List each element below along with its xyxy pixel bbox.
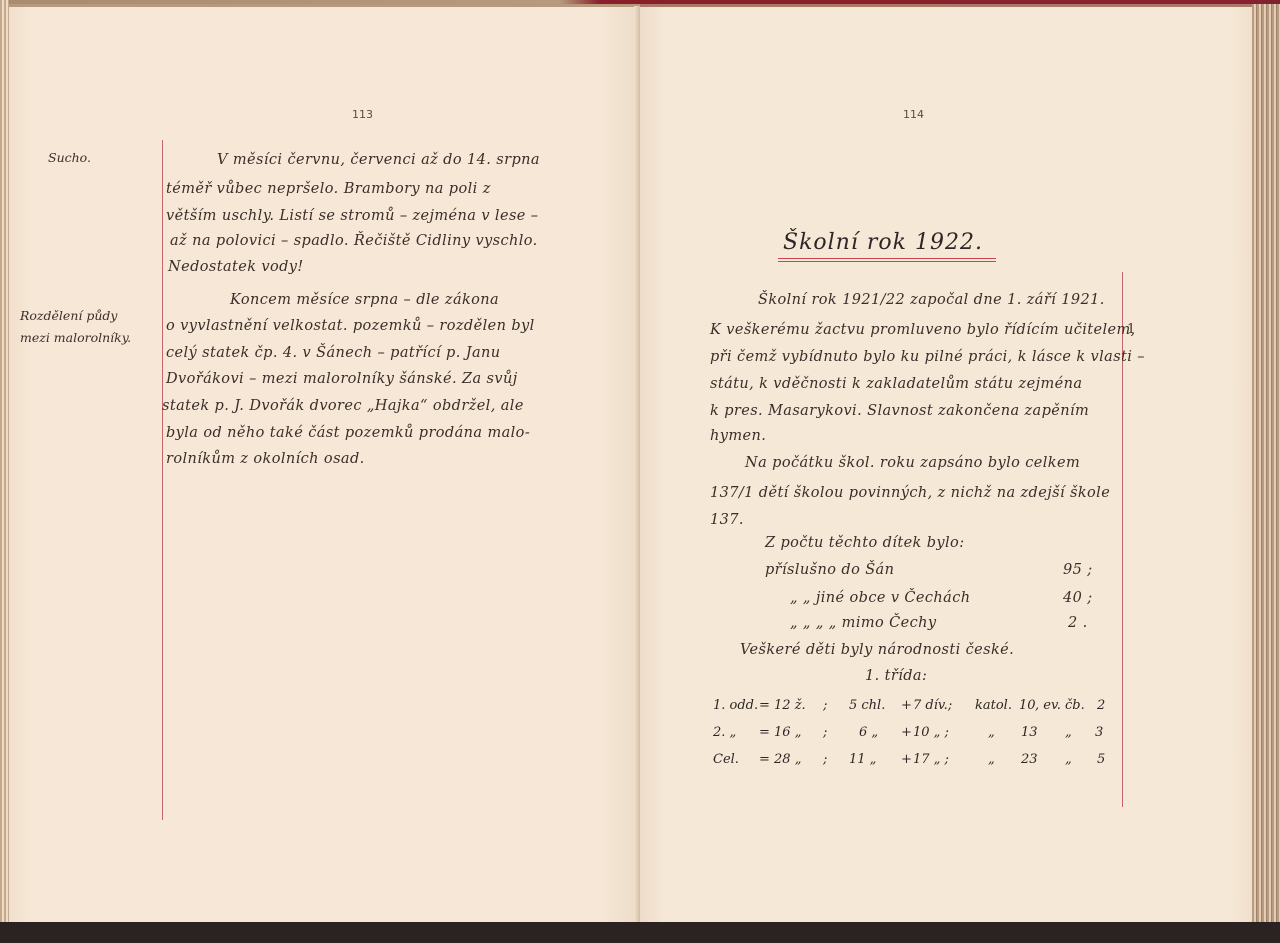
origin-label: „ „ „ „ mimo Čechy bbox=[790, 615, 937, 631]
origin-value: 2 . bbox=[1068, 615, 1088, 631]
catholic: 10 bbox=[1019, 698, 1036, 713]
text-line: K veškerému žactvu promluveno bylo řídíc… bbox=[710, 322, 1136, 338]
girls: 7 dív.; bbox=[913, 698, 952, 713]
text-line: Školní rok 1921/22 započal dne 1. září 1… bbox=[758, 292, 1105, 308]
table-row: 1. odd. = 12 ž. ; 5 chl. + 7 dív.; katol… bbox=[713, 698, 1113, 718]
text-line: Na počátku škol. roku zapsáno bylo celke… bbox=[745, 455, 1080, 471]
catholic: 23 bbox=[1021, 752, 1038, 767]
boys: 11 „ bbox=[849, 752, 876, 767]
heading-underline bbox=[778, 258, 996, 259]
text-line: státu, k vděčnosti k zakladatelům státu … bbox=[710, 376, 1082, 392]
right-page-number: 114 bbox=[903, 108, 924, 121]
division: Cel. bbox=[713, 752, 739, 767]
separator: ; bbox=[823, 698, 827, 713]
separator: ; bbox=[823, 752, 827, 767]
text-line: 137/1 dětí školou povinných, z nichž na … bbox=[710, 485, 1110, 501]
origin-value: 95 ; bbox=[1063, 562, 1093, 578]
text-line: 137. bbox=[710, 512, 744, 528]
margin-note-land-division-1: Rozdělení půdy bbox=[20, 308, 117, 323]
religion-label: „ bbox=[988, 725, 995, 740]
origin-value: 40 ; bbox=[1063, 590, 1093, 606]
text-line: větším uschly. Listí se stromů – zejména… bbox=[166, 208, 538, 224]
evangelical: 3 bbox=[1095, 725, 1103, 740]
left-margin-line bbox=[162, 140, 163, 820]
division: 1. odd. bbox=[713, 698, 758, 713]
class-heading: 1. třída: bbox=[865, 668, 927, 684]
text-line: celý statek čp. 4. v Šánech – patřící p.… bbox=[166, 345, 500, 361]
text-line: Koncem měsíce srpna – dle zákona bbox=[230, 292, 499, 308]
separator: ; bbox=[823, 725, 827, 740]
plus: + bbox=[901, 752, 912, 767]
text-line: Nedostatek vody! bbox=[168, 259, 304, 275]
division: 2. „ bbox=[713, 725, 736, 740]
religion-label: „ bbox=[988, 752, 995, 767]
margin-note-land-division-2: mezi malorolníky. bbox=[20, 330, 131, 345]
total: = 16 „ bbox=[759, 725, 801, 740]
evangelical-label: „ bbox=[1065, 752, 1072, 767]
text-line: hymen. bbox=[710, 428, 766, 444]
religion-label: katol. bbox=[975, 698, 1012, 713]
evangelical-label: , ev. čb. bbox=[1035, 698, 1085, 713]
total: = 12 ž. bbox=[759, 698, 806, 713]
text-line: byla od něho také část pozemků prodána m… bbox=[166, 425, 530, 441]
evangelical: 5 bbox=[1097, 752, 1105, 767]
text-line: téměř vůbec nepršelo. Brambory na poli z bbox=[166, 181, 491, 197]
right-page-edges bbox=[1252, 4, 1280, 922]
text-line: V měsíci červnu, červenci až do 14. srpn… bbox=[217, 152, 540, 168]
total: = 28 „ bbox=[759, 752, 801, 767]
boys: 5 chl. bbox=[849, 698, 885, 713]
left-page-number: 113 bbox=[352, 108, 373, 121]
catholic: 13 bbox=[1021, 725, 1038, 740]
origin-label: „ „ jiné obce v Čechách bbox=[790, 590, 970, 606]
plus: + bbox=[901, 698, 912, 713]
text-line: při čemž vybídnuto bylo ku pilné práci, … bbox=[710, 349, 1145, 365]
heading-underline-2 bbox=[778, 261, 996, 262]
girls: 17 „ ; bbox=[913, 752, 949, 767]
evangelical: 2 bbox=[1097, 698, 1105, 713]
origin-subheading: Z počtu těchto dítek bylo: bbox=[765, 535, 964, 551]
table-row: 2. „ = 16 „ ; 6 „ + 10 „ ; „ 13 „ 3 bbox=[713, 725, 1113, 745]
boys: 6 „ bbox=[859, 725, 878, 740]
section-heading: Školní rok 1922. bbox=[783, 230, 983, 255]
margin-note-sucho: Sucho. bbox=[48, 150, 91, 165]
girls: 10 „ ; bbox=[913, 725, 949, 740]
text-line: o vyvlastnění velkostat. pozemků – rozdě… bbox=[166, 318, 535, 334]
plus: + bbox=[901, 725, 912, 740]
table-row: Cel. = 28 „ ; 11 „ + 17 „ ; „ 23 „ 5 bbox=[713, 752, 1113, 772]
text-line: k pres. Masarykovi. Slavnost zakončena z… bbox=[710, 403, 1089, 419]
left-page-edges bbox=[0, 0, 9, 925]
background-surface bbox=[0, 922, 1280, 943]
open-book: 113 Sucho. Rozdělení půdy mezi malorolní… bbox=[0, 0, 1280, 925]
evangelical-label: „ bbox=[1065, 725, 1072, 740]
text-line: až na polovici – spadlo. Řečiště Cidliny… bbox=[170, 233, 538, 249]
origin-label: příslušno do Šán bbox=[765, 562, 894, 578]
nationality-line: Veškeré děti byly národnosti české. bbox=[740, 642, 1014, 658]
text-line: Dvořákovi – mezi malorolníky šánské. Za … bbox=[166, 371, 518, 387]
text-line: statek p. J. Dvořák dvorec „Hajka“ obdrž… bbox=[162, 398, 524, 414]
text-line: rolníkům z okolních osad. bbox=[166, 451, 365, 467]
